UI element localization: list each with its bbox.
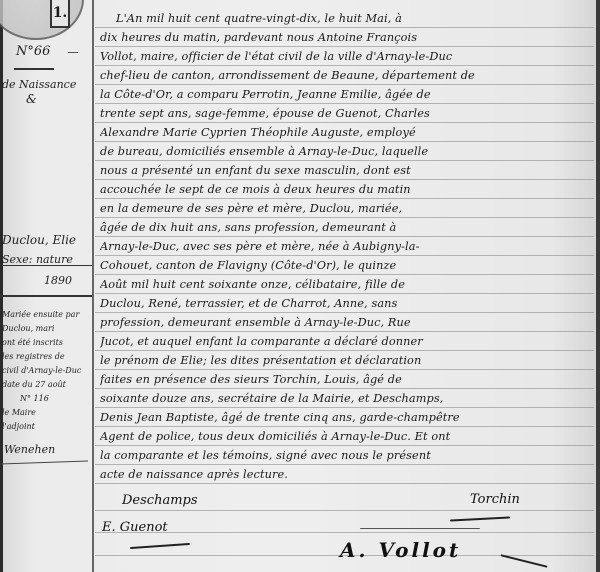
body-line: chef-lieu de canton, arrondissement de B… — [100, 66, 594, 85]
margin-rule-name — [0, 265, 92, 266]
ruled-line — [95, 532, 594, 533]
mention-line: Duclou, mari — [2, 324, 54, 333]
body-line: profession, demeurant ensemble à Arnay-l… — [100, 313, 594, 332]
body-line: trente sept ans, sage-femme, épouse de G… — [100, 104, 594, 123]
mention-line: date du 27 août — [2, 380, 66, 389]
body-line: Jucot, et auquel enfant la comparante a … — [100, 332, 594, 351]
margin-rule-double — [0, 295, 92, 297]
signature-flourish — [130, 543, 190, 549]
margin-rule-short — [14, 68, 54, 70]
page-right-edge — [596, 0, 600, 572]
signature-guenot: E. Guenot — [102, 520, 168, 535]
mention-line: civil d'Arnay-le-Duc — [2, 366, 81, 375]
mention-line: N° 116 — [20, 394, 49, 403]
body-line: en la demeure de ses père et mère, Duclo… — [100, 199, 594, 218]
ruled-line — [95, 510, 594, 511]
body-line: le prénom de Elie; les dites présentatio… — [100, 351, 594, 370]
mention-line: le Maire — [2, 408, 36, 417]
body-line: Agent de police, tous deux domiciliés à … — [100, 427, 594, 446]
scanned-document-page: 1. N°66 de Naissance & Duclou, Elie Sexe… — [0, 0, 600, 572]
body-line: faites en présence des sieurs Torchin, L… — [100, 370, 594, 389]
margin-flourish: & — [26, 92, 37, 106]
body-line: la Côte-d'Or, a comparu Perrotin, Jeanne… — [100, 85, 594, 104]
body-line: Duclou, René, terrassier, et de Charrot,… — [100, 294, 594, 313]
signature-torchin: Torchin — [470, 492, 520, 507]
body-line: Août mil huit cent soixante onze, céliba… — [100, 275, 594, 294]
mention-line: l'adjoint — [2, 422, 35, 431]
body-line: accouchée le sept de ce mois à deux heur… — [100, 180, 594, 199]
year-note: 1890 — [44, 274, 72, 287]
mention-line: Mariée ensuite par — [2, 310, 79, 319]
body-line: nous a présenté un enfant du sexe mascul… — [100, 161, 594, 180]
body-line: âgée de dix huit ans, sans profession, d… — [100, 218, 594, 237]
margin-signature-flourish — [0, 460, 88, 464]
child-name-note: Duclou, Elie — [2, 233, 76, 247]
body-line: Alexandre Marie Cyprien Théophile August… — [100, 123, 594, 142]
signature-underline — [360, 528, 480, 529]
body-line: Vollot, maire, officier de l'état civil … — [100, 47, 594, 66]
mention-line: ont été inscrits — [2, 338, 63, 347]
signature-flourish — [450, 516, 510, 521]
official-stamp — [0, 0, 84, 40]
acte-number: N°66 — [16, 44, 50, 59]
signature-mayor-vollot: A. Vollot — [340, 538, 461, 562]
body-line: Arnay-le-Duc, avec ses père et mère, née… — [100, 237, 594, 256]
body-line: soixante douze ans, secrétaire de la Mai… — [100, 389, 594, 408]
body-line: acte de naissance après lecture. — [100, 465, 594, 484]
signature-flourish — [500, 554, 547, 568]
body-line: Cohouet, canton de Flavigny (Côte-d'Or),… — [100, 256, 594, 275]
mention-line: les registres de — [2, 352, 65, 361]
margin-dash — [68, 52, 78, 53]
body-line: dix heures du matin, pardevant nous Anto… — [100, 28, 594, 47]
margin-signature: Wenehen — [4, 443, 55, 456]
margin-rule — [92, 0, 94, 572]
acte-type: de Naissance — [2, 78, 76, 91]
body-line: Denis Jean Baptiste, âgé de trente cinq … — [100, 408, 594, 427]
body-line: L'An mil huit cent quatre-vingt-dix, le … — [116, 9, 600, 28]
stamp-number-box: 1. — [50, 0, 70, 28]
body-line: de bureau, domiciliés ensemble à Arnay-l… — [100, 142, 594, 161]
body-line: la comparante et les témoins, signé avec… — [100, 446, 594, 465]
signature-deschamps: Deschamps — [122, 493, 198, 508]
